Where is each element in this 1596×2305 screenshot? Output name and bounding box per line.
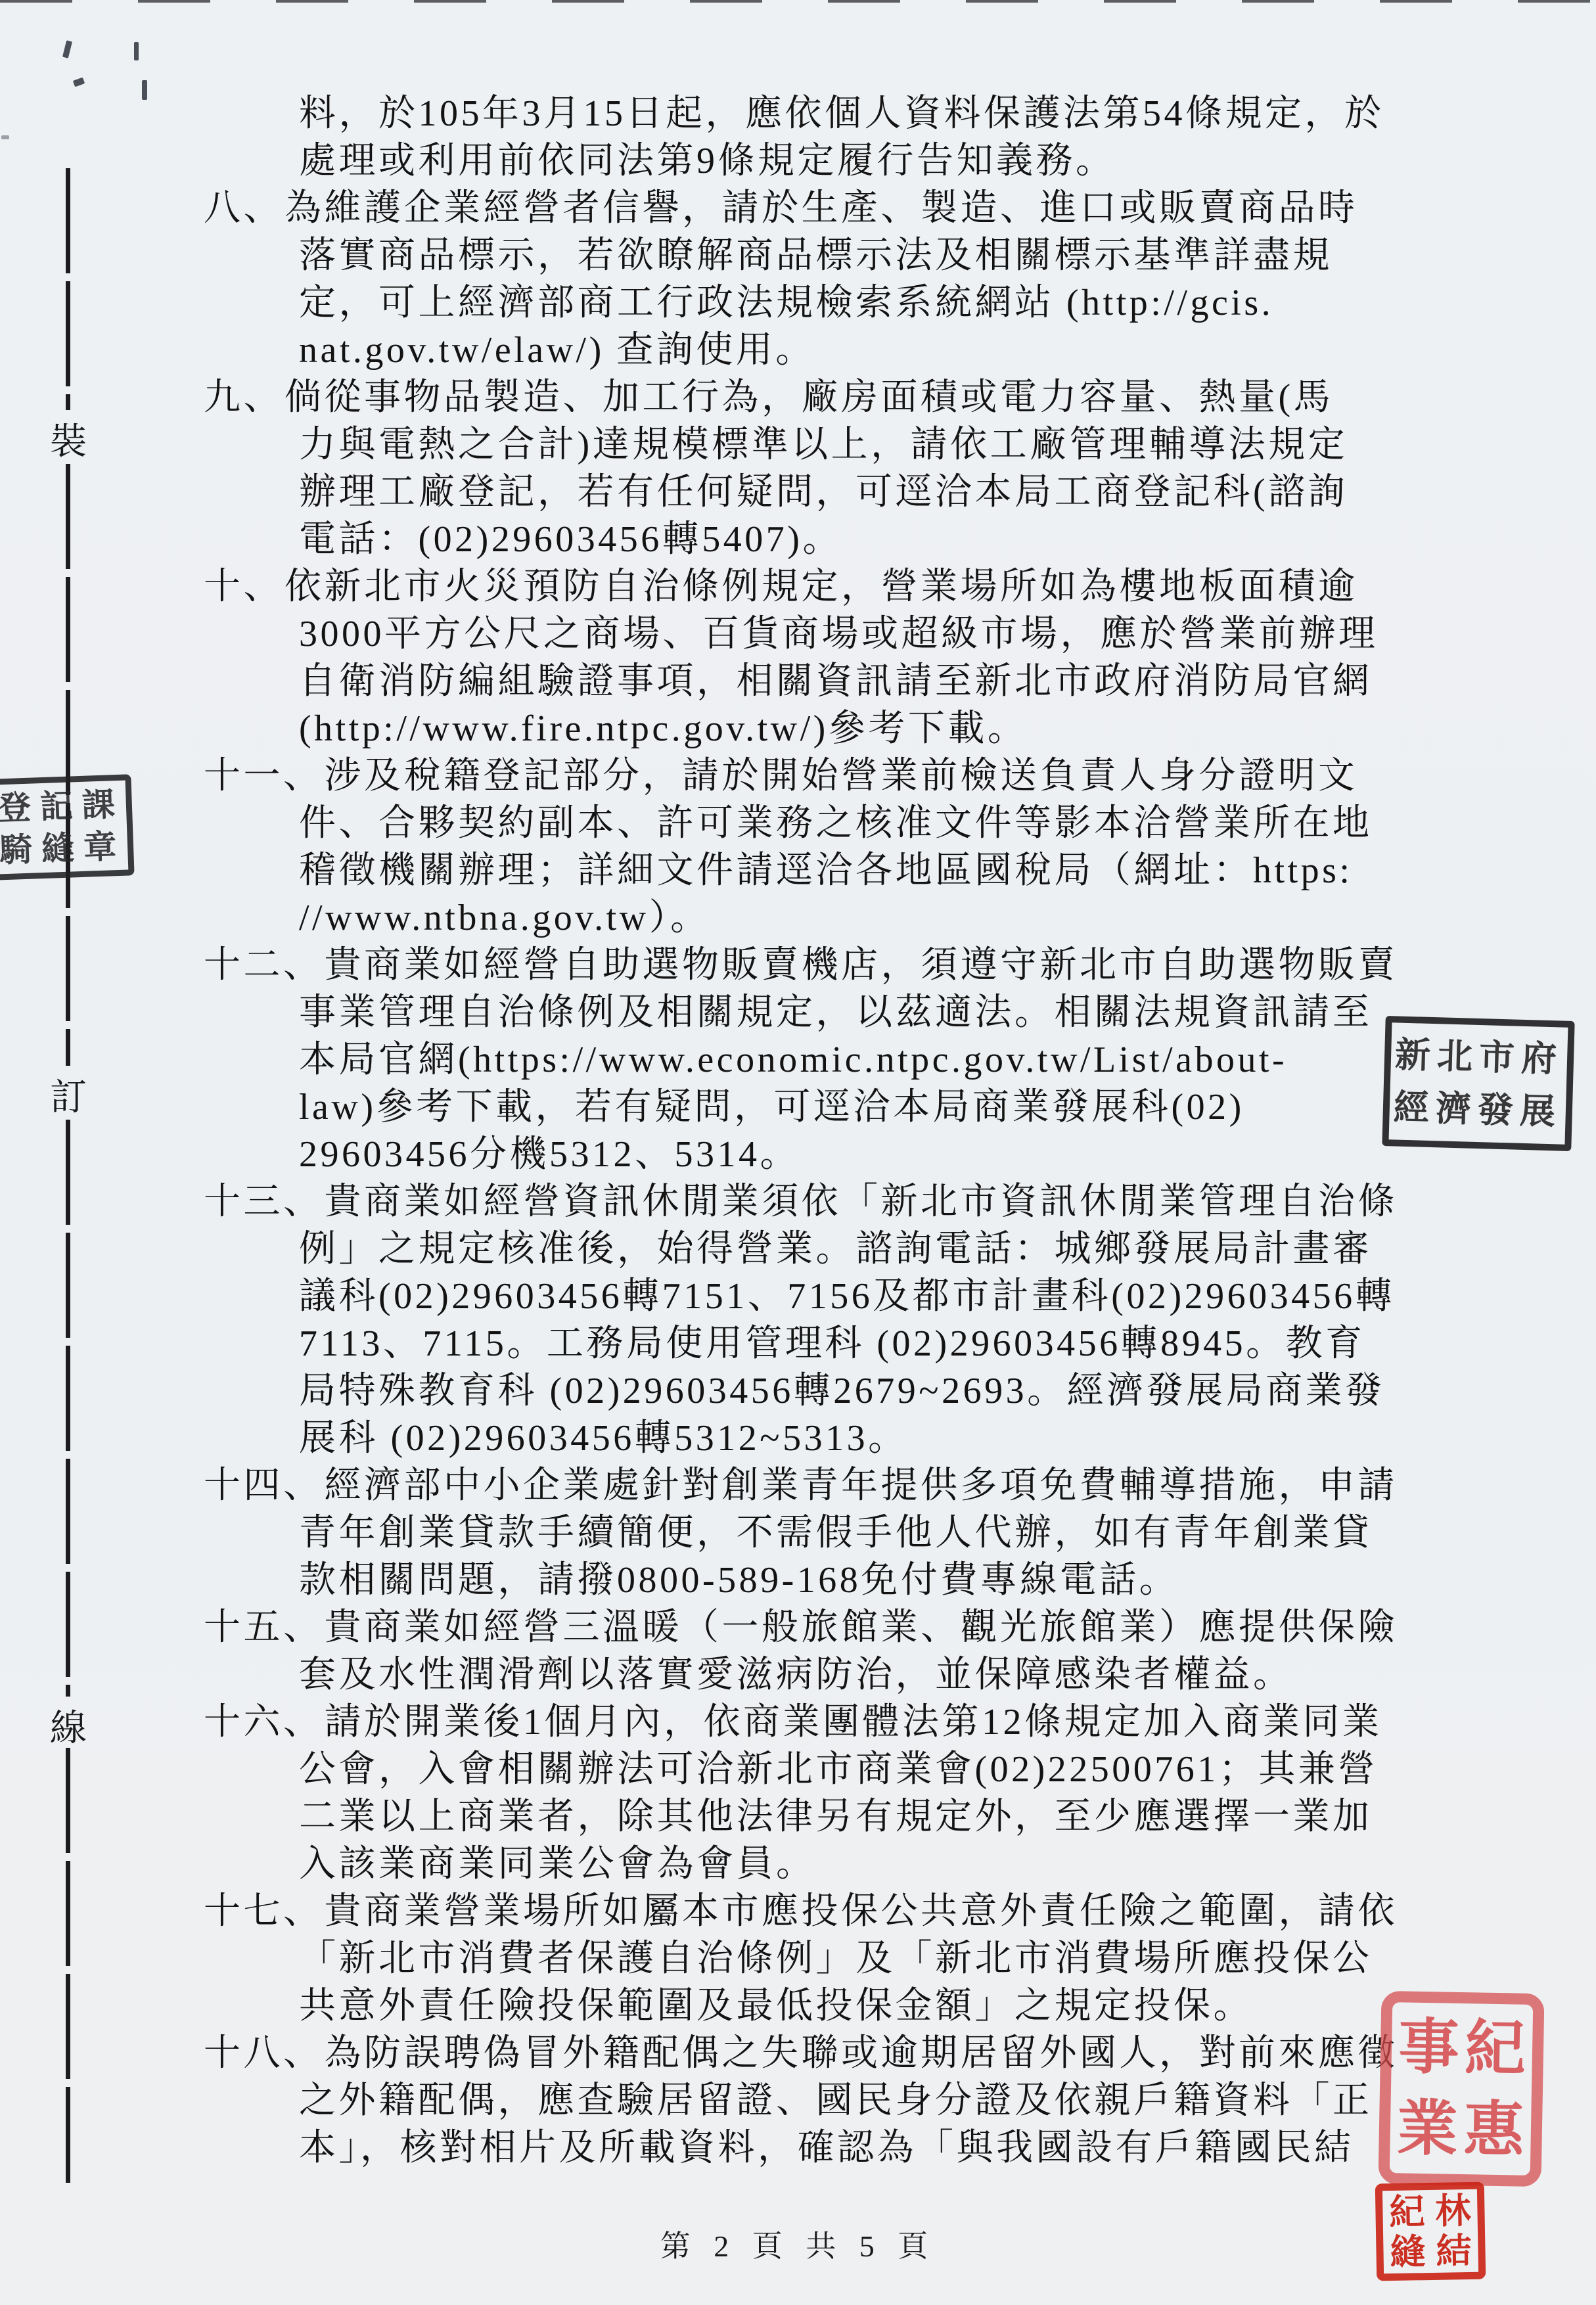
paragraph-label: 十五、 — [204, 1607, 323, 1648]
stamp-text: 登記課 — [0, 785, 125, 827]
red-personal-seal: 紀 林 縫 結 — [1375, 2182, 1486, 2281]
scan-speck — [134, 42, 139, 60]
black-seam-stamp-left: 登記課 騎縫章 — [0, 774, 135, 880]
scan-speck — [73, 78, 85, 87]
text-line: 十八、為防誤聘偽冒外籍配偶之失聯或逾期居留外國人，對前來應徵 — [204, 2030, 1426, 2077]
text-line: 事業管理自治條例及相關規定，以茲適法。相關法規資訊請至 — [299, 989, 1426, 1036]
paragraph-label: 十一、 — [204, 756, 323, 796]
page-footer: 第 2 頁 共 5 頁 — [0, 2222, 1596, 2266]
text-line: 局特殊教育科 (02)29603456轉2679~2693。經濟發展局商業發 — [299, 1367, 1426, 1415]
text-line: 十二、貴商業如經營自助選物販賣機店，須遵守新北市自助選物販賣 — [204, 942, 1426, 989]
scanned-document-page: 裝 訂 線 料，於105年3月15日起，應依個人資料保護法第54條規定，於處理或… — [0, 0, 1596, 2305]
text-line: 力與電熱之合計)達規模標準以上，請依工廠管理輔導法規定 — [299, 421, 1426, 468]
text-line: 例」之規定核准後，始得營業。諮詢電話：城鄉發展局計畫審 — [299, 1225, 1426, 1273]
binding-label-zhuang: 裝 — [42, 413, 95, 465]
text-line: 十一、涉及稅籍登記部分，請於開始營業前檢送負責人身分證明文 — [204, 752, 1426, 800]
text-line: 議科(02)29603456轉7151、7156及都市計畫科(02)296034… — [299, 1273, 1426, 1320]
paragraph-label: 十六、 — [204, 1702, 323, 1743]
text-line: 落實商品標示，若欲瞭解商品標示法及相關標示基準詳盡規 — [299, 232, 1426, 279]
seal-character: 事 — [1398, 2017, 1460, 2078]
seal-character: 業 — [1397, 2098, 1459, 2160]
binding-line-segment — [66, 464, 70, 1066]
binding-line-segment — [66, 1748, 70, 2183]
text-line: 款相關問題，請撥0800-589-168免付費專線電話。 — [299, 1557, 1426, 1604]
text-line: 十五、貴商業如經營三溫暖（一般旅館業、觀光旅館業）應提供保險 — [204, 1604, 1426, 1651]
paragraph-label: 十七、 — [204, 1891, 323, 1932]
text-line: 辦理工廠登記，若有任何疑問，可逕洽本局工商登記科(諮詢 — [299, 468, 1426, 516]
text-line: nat.gov.tw/elaw/) 查詢使用。 — [299, 327, 1426, 374]
text-line: 八、為維護企業經營者信譽，請於生產、製造、進口或販賣商品時 — [204, 185, 1426, 232]
scan-speck — [62, 40, 72, 58]
text-line: 本局官網(https://www.economic.ntpc.gov.tw/Li… — [299, 1036, 1426, 1084]
stamp-text: 騎縫章 — [0, 827, 126, 870]
black-agency-stamp-right: 新北市府 經濟發展 — [1382, 1016, 1574, 1151]
seal-character: 結 — [1436, 2233, 1472, 2269]
scanner-edge-artifact — [0, 0, 1596, 3]
scan-speck — [1, 135, 9, 139]
text-line: 「新北市消費者保護自治條例」及「新北市消費場所應投保公 — [299, 1935, 1426, 1982]
text-line: 本」，核對相片及所載資料，確認為「與我國設有戶籍國民結 — [299, 2124, 1426, 2172]
text-line: 公會，入會相關辦法可洽新北市商業會(02)22500761；其兼營 — [299, 1746, 1426, 1793]
text-line: 共意外責任險投保範圍及最低投保金額」之規定投保。 — [299, 1982, 1426, 2030]
paragraph-label: 十三、 — [204, 1181, 323, 1222]
text-line: 處理或利用前依同法第9條規定履行告知義務。 — [299, 137, 1426, 185]
text-line: 十三、貴商業如經營資訊休閒業須依「新北市資訊休閒業管理自治條 — [204, 1178, 1426, 1225]
text-line: 二業以上商業者，除其他法律另有規定外，至少應選擇一業加 — [299, 1793, 1426, 1840]
text-line: 青年創業貸款手續簡便，不需假手他人代辦，如有青年創業貸 — [299, 1509, 1426, 1557]
text-line: law)參考下載，若有疑問，可逕洽本局商業發展科(02) — [299, 1084, 1426, 1131]
text-line: 自衛消防編組驗證事項，相關資訊請至新北市政府消防局官網 — [299, 658, 1426, 705]
text-line: 十、依新北市火災預防自治條例規定，營業場所如為樓地板面積逾 — [204, 563, 1426, 610]
text-line: 套及水性潤滑劑以落實愛滋病防治，並保障感染者權益。 — [299, 1651, 1426, 1699]
text-line: (http://www.fire.ntpc.gov.tw/)參考下載。 — [299, 705, 1426, 752]
text-line: 十六、請於開業後1個月內，依商業團體法第12條規定加入商業同業 — [204, 1699, 1426, 1746]
text-line: 稽徵機關辦理；詳細文件請逕洽各地區國稅局（網址：https: — [299, 847, 1426, 894]
text-line: 展科 (02)29603456轉5312~5313。 — [299, 1415, 1426, 1462]
text-line: 29603456分機5312、5314。 — [299, 1131, 1426, 1178]
stamp-text: 經濟發展 — [1393, 1087, 1562, 1132]
text-line: 料，於105年3月15日起，應依個人資料保護法第54條規定，於 — [299, 90, 1426, 137]
text-line: 定，可上經濟部商工行政法規檢索系統網站 (http://gcis. — [299, 279, 1426, 327]
paragraph-label: 十二、 — [204, 945, 323, 986]
text-line: 3000平方公尺之商場、百貨商場或超級市場，應於營業前辦理 — [299, 610, 1426, 658]
paragraph-label: 九、 — [204, 377, 283, 418]
paragraph-label: 十、 — [204, 566, 283, 607]
text-line: 件、合夥契約副本、許可業務之核准文件等影本洽營業所在地 — [299, 800, 1426, 847]
text-line: 電話：(02)29603456轉5407)。 — [299, 516, 1426, 563]
text-line: //www.ntbna.gov.tw）。 — [299, 894, 1426, 942]
seal-character: 紀 — [1389, 2194, 1425, 2230]
text-line: 十七、貴商業營業場所如屬本市應投保公共意外責任險之範圍，請依 — [204, 1888, 1426, 1935]
stamp-text: 新北市府 — [1394, 1034, 1564, 1080]
binding-label-ding: 訂 — [42, 1068, 95, 1121]
paragraph-label: 八、 — [204, 188, 283, 229]
paragraph-label: 十八、 — [204, 2033, 323, 2074]
seal-character: 惠 — [1463, 2099, 1525, 2161]
text-line: 之外籍配偶，應查驗居留證、國民身分證及依親戶籍資料「正 — [299, 2077, 1426, 2124]
seal-character: 林 — [1435, 2193, 1471, 2229]
scan-speck — [142, 80, 147, 100]
text-line: 十四、經濟部中小企業處針對創業青年提供多項免費輔導措施，申請 — [204, 1462, 1426, 1509]
binding-line-segment — [66, 1120, 70, 1697]
paragraph-label: 十四、 — [204, 1465, 323, 1506]
text-line: 九、倘從事物品製造、加工行為，廠房面積或電力容量、熱量(馬 — [204, 374, 1426, 421]
seal-character: 縫 — [1390, 2234, 1426, 2270]
seal-character: 紀 — [1465, 2018, 1526, 2080]
text-line: 入該業商業同業公會為會員。 — [299, 1840, 1426, 1888]
red-company-seal: 事 紀 業 惠 — [1378, 1991, 1544, 2187]
binding-label-xian: 線 — [42, 1699, 95, 1752]
binding-line-segment — [66, 168, 70, 410]
text-line: 7113、7115。工務局使用管理科 (02)29603456轉8945。教育 — [299, 1320, 1426, 1367]
document-body: 料，於105年3月15日起，應依個人資料保護法第54條規定，於處理或利用前依同法… — [204, 90, 1426, 2172]
